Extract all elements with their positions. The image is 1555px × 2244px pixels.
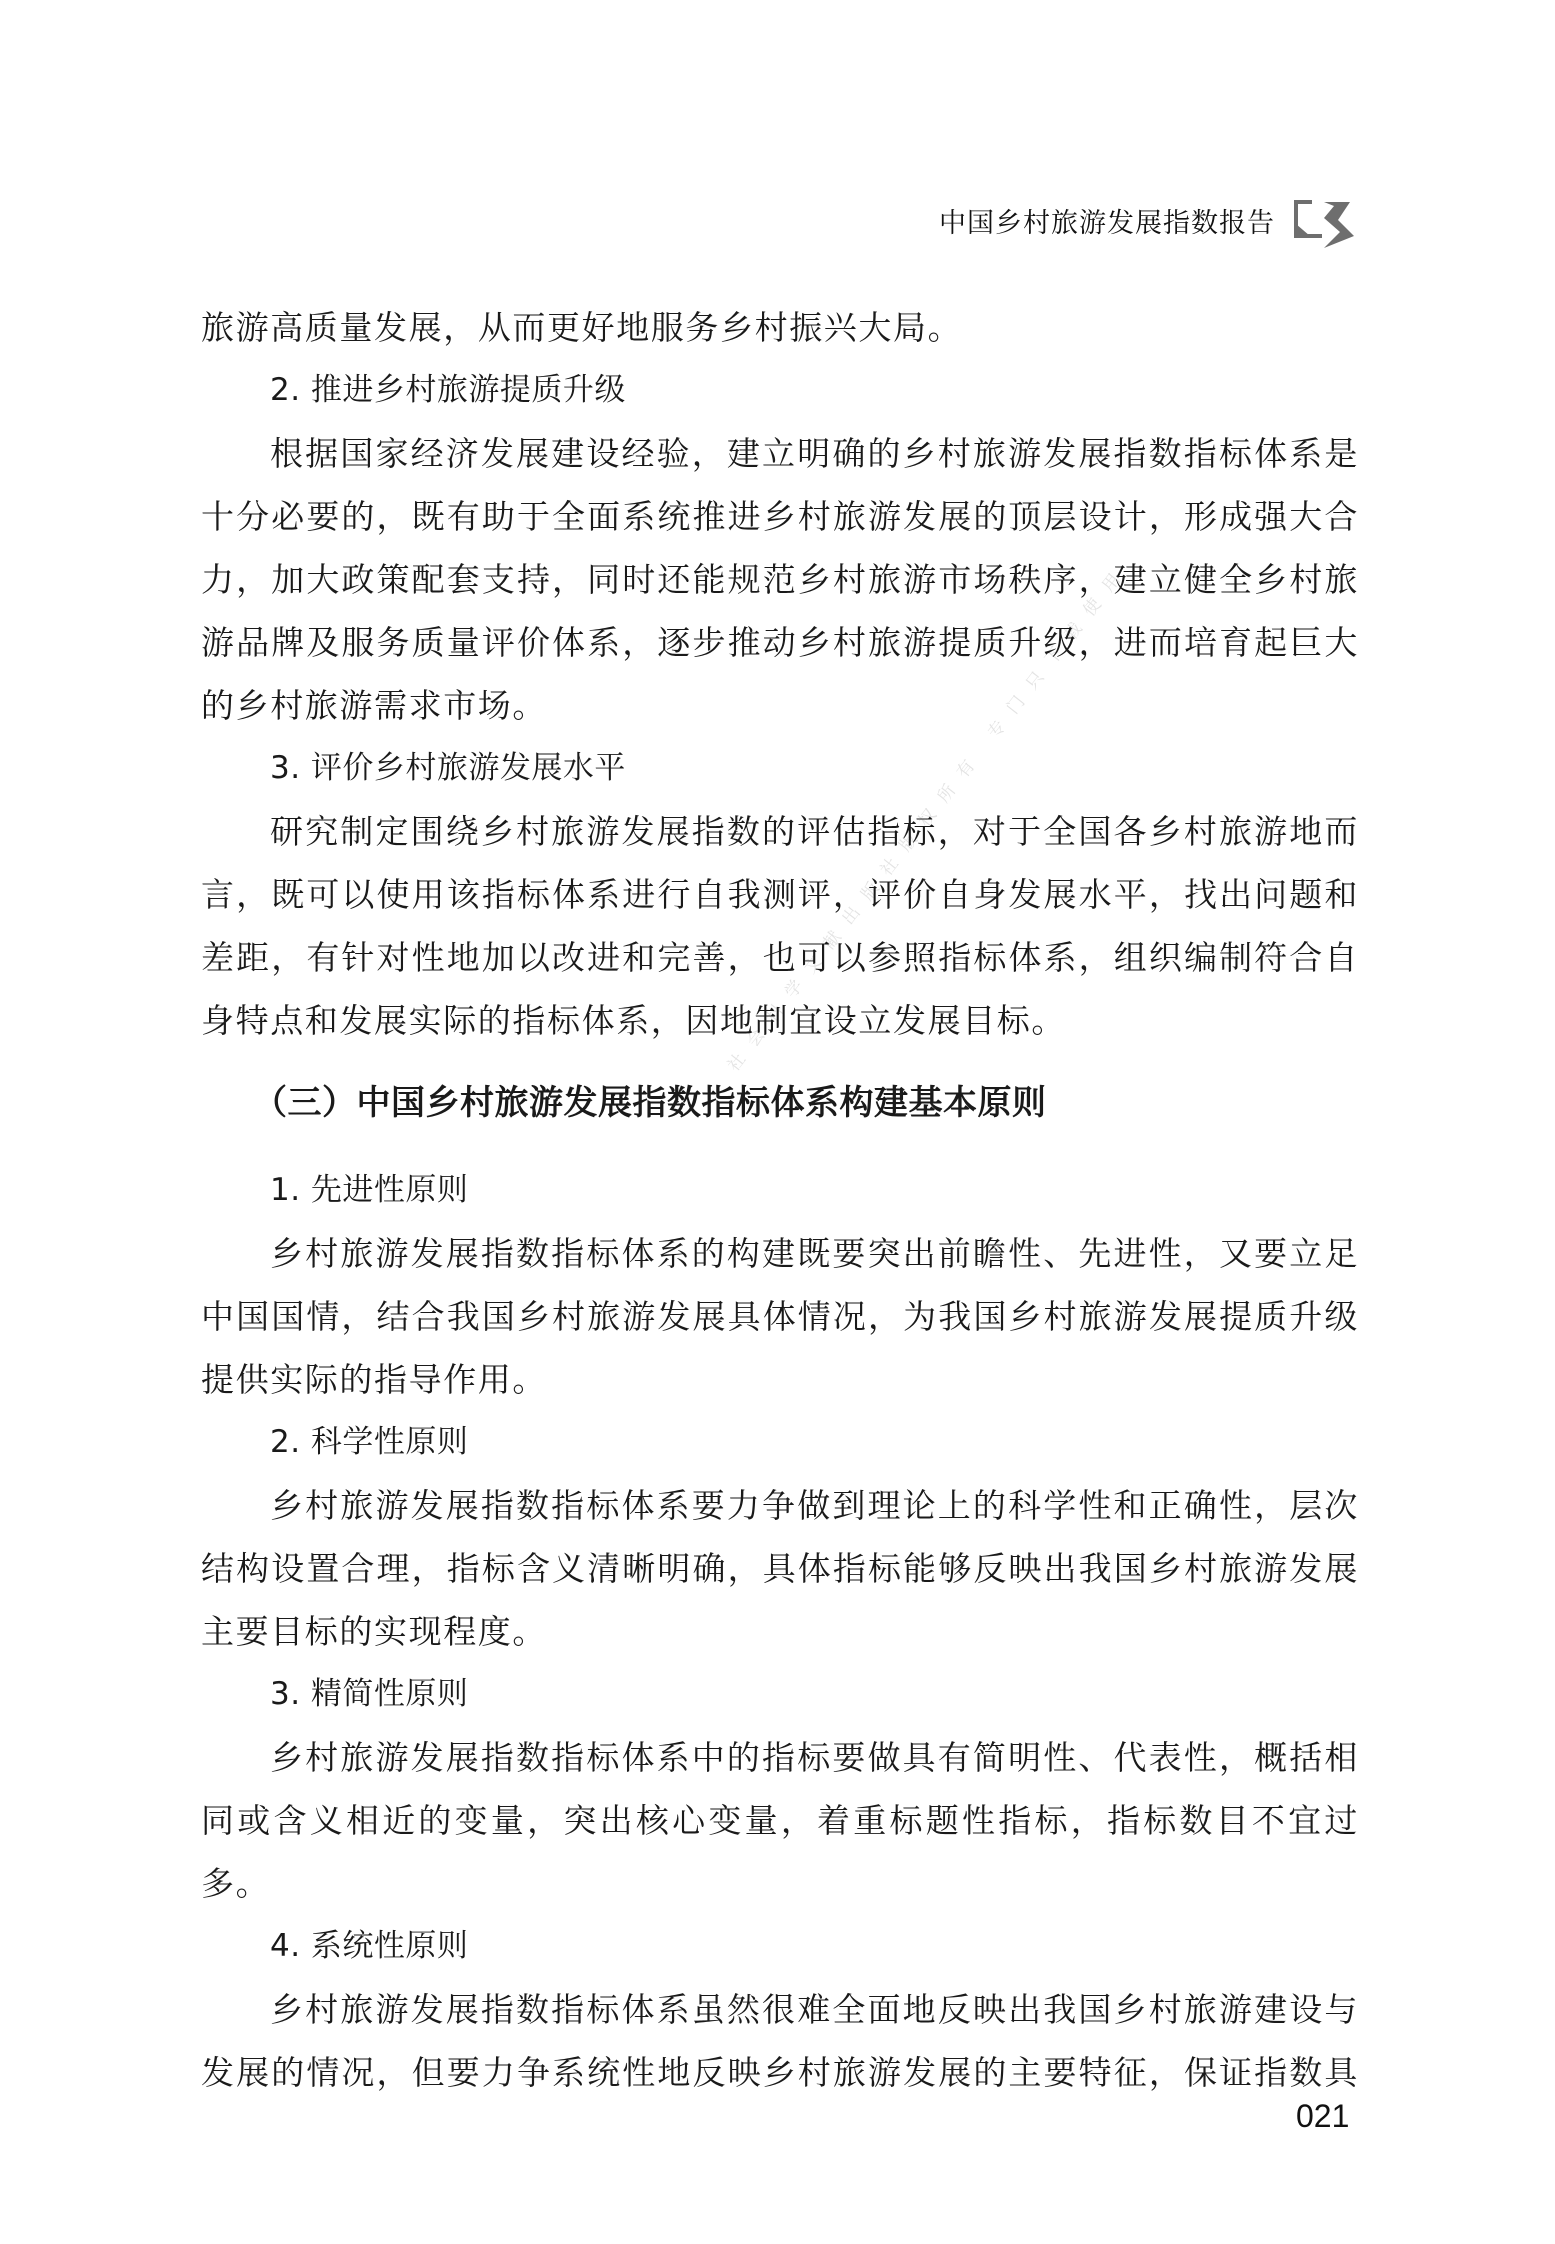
paragraph-3: 研究制定围绕乡村旅游发展指数的评估指标，对于全国各乡村旅游地而言，既可以使用该指… [201,800,1359,1052]
paragraph-2: 根据国家经济发展建设经验，建立明确的乡村旅游发展指数指标体系是十分必要的，既有助… [201,422,1359,737]
principle-2-title: 2. 科学性原则 [201,1411,1359,1474]
principle-3-title: 3. 精简性原则 [201,1663,1359,1726]
principle-4-body: 乡村旅游发展指数指标体系虽然很难全面地反映出我国乡村旅游建设与发展的情况，但要力… [201,1978,1359,2104]
principle-1-body: 乡村旅游发展指数指标体系的构建既要突出前瞻性、先进性，又要立足中国国情，结合我国… [201,1222,1359,1411]
body-text: 旅游高质量发展，从而更好地服务乡村振兴大局。 2. 推进乡村旅游提质升级 根据国… [201,296,1359,2104]
running-header-title: 中国乡村旅游发展指数报告 [939,204,1275,244]
principle-3-body: 乡村旅游发展指数指标体系中的指标要做具有简明性、代表性，概括相同或含义相近的变量… [201,1726,1359,1915]
principle-1-title: 1. 先进性原则 [201,1159,1359,1222]
principle-4-title: 4. 系统性原则 [201,1915,1359,1978]
subheading-3: 3. 评价乡村旅游发展水平 [201,737,1359,800]
principle-2-body: 乡村旅游发展指数指标体系要力争做到理论上的科学性和正确性，层次结构设置合理，指标… [201,1474,1359,1663]
chapter-arrow-icon [1292,192,1362,248]
page-number: 021 [1296,2098,1349,2135]
book-page: 中国乡村旅游发展指数报告 社会科学文献出版社版权所有 专门只下载使用 旅游高质量… [0,0,1555,2244]
section-title: （三）中国乡村旅游发展指数指标体系构建基本原则 [201,1072,1359,1135]
paragraph-continued: 旅游高质量发展，从而更好地服务乡村振兴大局。 [201,296,1359,359]
subheading-2: 2. 推进乡村旅游提质升级 [201,359,1359,422]
